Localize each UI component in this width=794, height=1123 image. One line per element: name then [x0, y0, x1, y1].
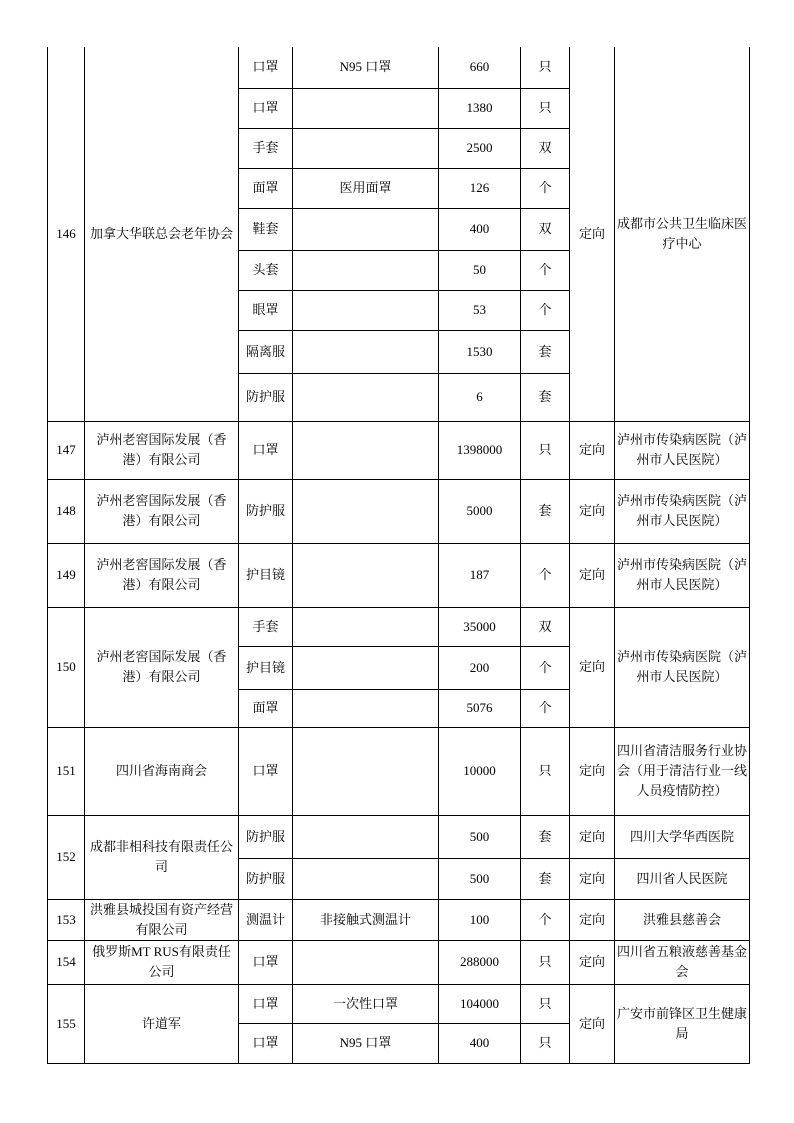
cell-recipient: 四川省清洁服务行业协会（用于清洁行业一线人员疫情防控） [615, 727, 750, 815]
cell-quantity: 10000 [439, 727, 521, 815]
cell-quantity: 50 [439, 250, 521, 290]
cell-item-detail [293, 689, 439, 727]
cell-recipient: 泸州市传染病医院（泸州市人民医院） [615, 479, 750, 543]
cell-direction: 定向 [570, 543, 615, 607]
cell-item-category: 面罩 [239, 168, 293, 208]
cell-item-category: 头套 [239, 250, 293, 290]
cell-donor: 泸州老窖国际发展（香港）有限公司 [85, 479, 239, 543]
cell-donor: 成都非相科技有限责任公司 [85, 815, 239, 899]
cell-item-category: 护目镜 [239, 646, 293, 689]
cell-item-detail [293, 208, 439, 250]
cell-item-detail [293, 858, 439, 899]
cell-item-detail [293, 373, 439, 421]
cell-item-category: 防护服 [239, 815, 293, 858]
cell-item-category: 手套 [239, 607, 293, 646]
cell-row-number: 155 [48, 984, 85, 1063]
cell-direction: 定向 [570, 815, 615, 858]
cell-item-detail: N95 口罩 [293, 47, 439, 88]
cell-unit: 套 [521, 858, 570, 899]
cell-row-number: 150 [48, 607, 85, 727]
cell-unit: 个 [521, 646, 570, 689]
cell-recipient: 泸州市传染病医院（泸州市人民医院） [615, 607, 750, 727]
cell-item-detail [293, 646, 439, 689]
cell-row-number: 152 [48, 815, 85, 899]
cell-item-detail: N95 口罩 [293, 1023, 439, 1063]
cell-item-detail [293, 290, 439, 330]
cell-recipient: 泸州市传染病医院（泸州市人民医院） [615, 421, 750, 479]
table-row: 151 四川省海南商会 口罩 10000 只 定向 四川省清洁服务行业协会（用于… [48, 727, 750, 815]
cell-unit: 个 [521, 543, 570, 607]
cell-quantity: 5076 [439, 689, 521, 727]
cell-direction: 定向 [570, 984, 615, 1063]
cell-quantity: 400 [439, 1023, 521, 1063]
cell-item-category: 测温计 [239, 899, 293, 940]
cell-recipient: 广安市前锋区卫生健康局 [615, 984, 750, 1063]
cell-item-category: 口罩 [239, 727, 293, 815]
cell-row-number: 149 [48, 543, 85, 607]
cell-quantity: 53 [439, 290, 521, 330]
table-row: 154 俄罗斯MT RUS有限责任公司 口罩 288000 只 定向 四川省五粮… [48, 940, 750, 984]
cell-donor: 俄罗斯MT RUS有限责任公司 [85, 940, 239, 984]
cell-unit: 套 [521, 479, 570, 543]
cell-item-category: 护目镜 [239, 543, 293, 607]
cell-item-category: 口罩 [239, 421, 293, 479]
cell-unit: 双 [521, 208, 570, 250]
cell-donor: 泸州老窖国际发展（香港）有限公司 [85, 543, 239, 607]
cell-direction: 定向 [570, 47, 615, 421]
cell-unit: 个 [521, 168, 570, 208]
cell-donor: 洪雅县城投国有资产经营有限公司 [85, 899, 239, 940]
cell-quantity: 500 [439, 815, 521, 858]
cell-unit: 套 [521, 330, 570, 373]
cell-unit: 个 [521, 899, 570, 940]
cell-quantity: 126 [439, 168, 521, 208]
cell-recipient: 洪雅县慈善会 [615, 899, 750, 940]
cell-quantity: 6 [439, 373, 521, 421]
donation-table: 146 加拿大华联总会老年协会 口罩 N95 口罩 660 只 定向 成都市公共… [47, 47, 750, 1064]
cell-direction: 定向 [570, 940, 615, 984]
cell-item-detail [293, 479, 439, 543]
cell-quantity: 288000 [439, 940, 521, 984]
table-row: 155 许道军 口罩 一次性口罩 104000 只 定向 广安市前锋区卫生健康局 [48, 984, 750, 1023]
cell-unit: 个 [521, 290, 570, 330]
cell-item-detail [293, 250, 439, 290]
cell-unit: 只 [521, 727, 570, 815]
table-row: 148 泸州老窖国际发展（香港）有限公司 防护服 5000 套 定向 泸州市传染… [48, 479, 750, 543]
cell-item-detail [293, 330, 439, 373]
cell-direction: 定向 [570, 421, 615, 479]
cell-unit: 只 [521, 1023, 570, 1063]
cell-quantity: 5000 [439, 479, 521, 543]
cell-donor: 泸州老窖国际发展（香港）有限公司 [85, 607, 239, 727]
cell-direction: 定向 [570, 607, 615, 727]
cell-quantity: 1398000 [439, 421, 521, 479]
cell-quantity: 104000 [439, 984, 521, 1023]
cell-row-number: 151 [48, 727, 85, 815]
cell-quantity: 500 [439, 858, 521, 899]
cell-unit: 套 [521, 815, 570, 858]
cell-quantity: 35000 [439, 607, 521, 646]
cell-unit: 只 [521, 940, 570, 984]
cell-unit: 双 [521, 128, 570, 168]
table-row: 146 加拿大华联总会老年协会 口罩 N95 口罩 660 只 定向 成都市公共… [48, 47, 750, 88]
table-row: 150 泸州老窖国际发展（香港）有限公司 手套 35000 双 定向 泸州市传染… [48, 607, 750, 646]
cell-quantity: 660 [439, 47, 521, 88]
cell-unit: 个 [521, 689, 570, 727]
cell-row-number: 148 [48, 479, 85, 543]
cell-quantity: 1380 [439, 88, 521, 128]
cell-recipient: 四川大学华西医院 [615, 815, 750, 858]
cell-item-detail [293, 815, 439, 858]
cell-item-detail: 医用面罩 [293, 168, 439, 208]
cell-unit: 个 [521, 250, 570, 290]
cell-item-detail: 非接触式测温计 [293, 899, 439, 940]
cell-unit: 双 [521, 607, 570, 646]
cell-item-detail [293, 543, 439, 607]
cell-unit: 只 [521, 421, 570, 479]
cell-item-category: 防护服 [239, 373, 293, 421]
cell-item-category: 口罩 [239, 1023, 293, 1063]
cell-item-category: 防护服 [239, 479, 293, 543]
cell-item-detail [293, 128, 439, 168]
cell-donor: 加拿大华联总会老年协会 [85, 47, 239, 421]
cell-row-number: 153 [48, 899, 85, 940]
cell-item-detail [293, 607, 439, 646]
cell-quantity: 200 [439, 646, 521, 689]
table-row: 149 泸州老窖国际发展（香港）有限公司 护目镜 187 个 定向 泸州市传染病… [48, 543, 750, 607]
cell-row-number: 146 [48, 47, 85, 421]
cell-item-detail [293, 940, 439, 984]
table-row: 147 泸州老窖国际发展（香港）有限公司 口罩 1398000 只 定向 泸州市… [48, 421, 750, 479]
cell-donor: 四川省海南商会 [85, 727, 239, 815]
cell-item-category: 防护服 [239, 858, 293, 899]
cell-direction: 定向 [570, 858, 615, 899]
cell-donor: 许道军 [85, 984, 239, 1063]
cell-item-category: 口罩 [239, 47, 293, 88]
cell-quantity: 187 [439, 543, 521, 607]
document-page: 146 加拿大华联总会老年协会 口罩 N95 口罩 660 只 定向 成都市公共… [0, 0, 794, 1123]
cell-item-category: 手套 [239, 128, 293, 168]
cell-recipient: 成都市公共卫生临床医疗中心 [615, 47, 750, 421]
cell-direction: 定向 [570, 727, 615, 815]
cell-unit: 只 [521, 47, 570, 88]
cell-item-detail: 一次性口罩 [293, 984, 439, 1023]
cell-unit: 套 [521, 373, 570, 421]
cell-unit: 只 [521, 88, 570, 128]
cell-quantity: 2500 [439, 128, 521, 168]
cell-item-detail [293, 88, 439, 128]
cell-recipient: 泸州市传染病医院（泸州市人民医院） [615, 543, 750, 607]
cell-recipient: 四川省人民医院 [615, 858, 750, 899]
cell-item-category: 鞋套 [239, 208, 293, 250]
cell-item-category: 面罩 [239, 689, 293, 727]
cell-unit: 只 [521, 984, 570, 1023]
cell-item-detail [293, 421, 439, 479]
cell-item-category: 眼罩 [239, 290, 293, 330]
cell-recipient: 四川省五粮液慈善基金会 [615, 940, 750, 984]
cell-donor: 泸州老窖国际发展（香港）有限公司 [85, 421, 239, 479]
cell-quantity: 1530 [439, 330, 521, 373]
cell-item-category: 口罩 [239, 984, 293, 1023]
table-row: 152 成都非相科技有限责任公司 防护服 500 套 定向 四川大学华西医院 [48, 815, 750, 858]
cell-item-category: 口罩 [239, 940, 293, 984]
cell-direction: 定向 [570, 899, 615, 940]
cell-direction: 定向 [570, 479, 615, 543]
table-row: 153 洪雅县城投国有资产经营有限公司 测温计 非接触式测温计 100 个 定向… [48, 899, 750, 940]
cell-row-number: 147 [48, 421, 85, 479]
cell-row-number: 154 [48, 940, 85, 984]
cell-item-category: 口罩 [239, 88, 293, 128]
cell-item-category: 隔离服 [239, 330, 293, 373]
cell-quantity: 100 [439, 899, 521, 940]
cell-quantity: 400 [439, 208, 521, 250]
cell-item-detail [293, 727, 439, 815]
